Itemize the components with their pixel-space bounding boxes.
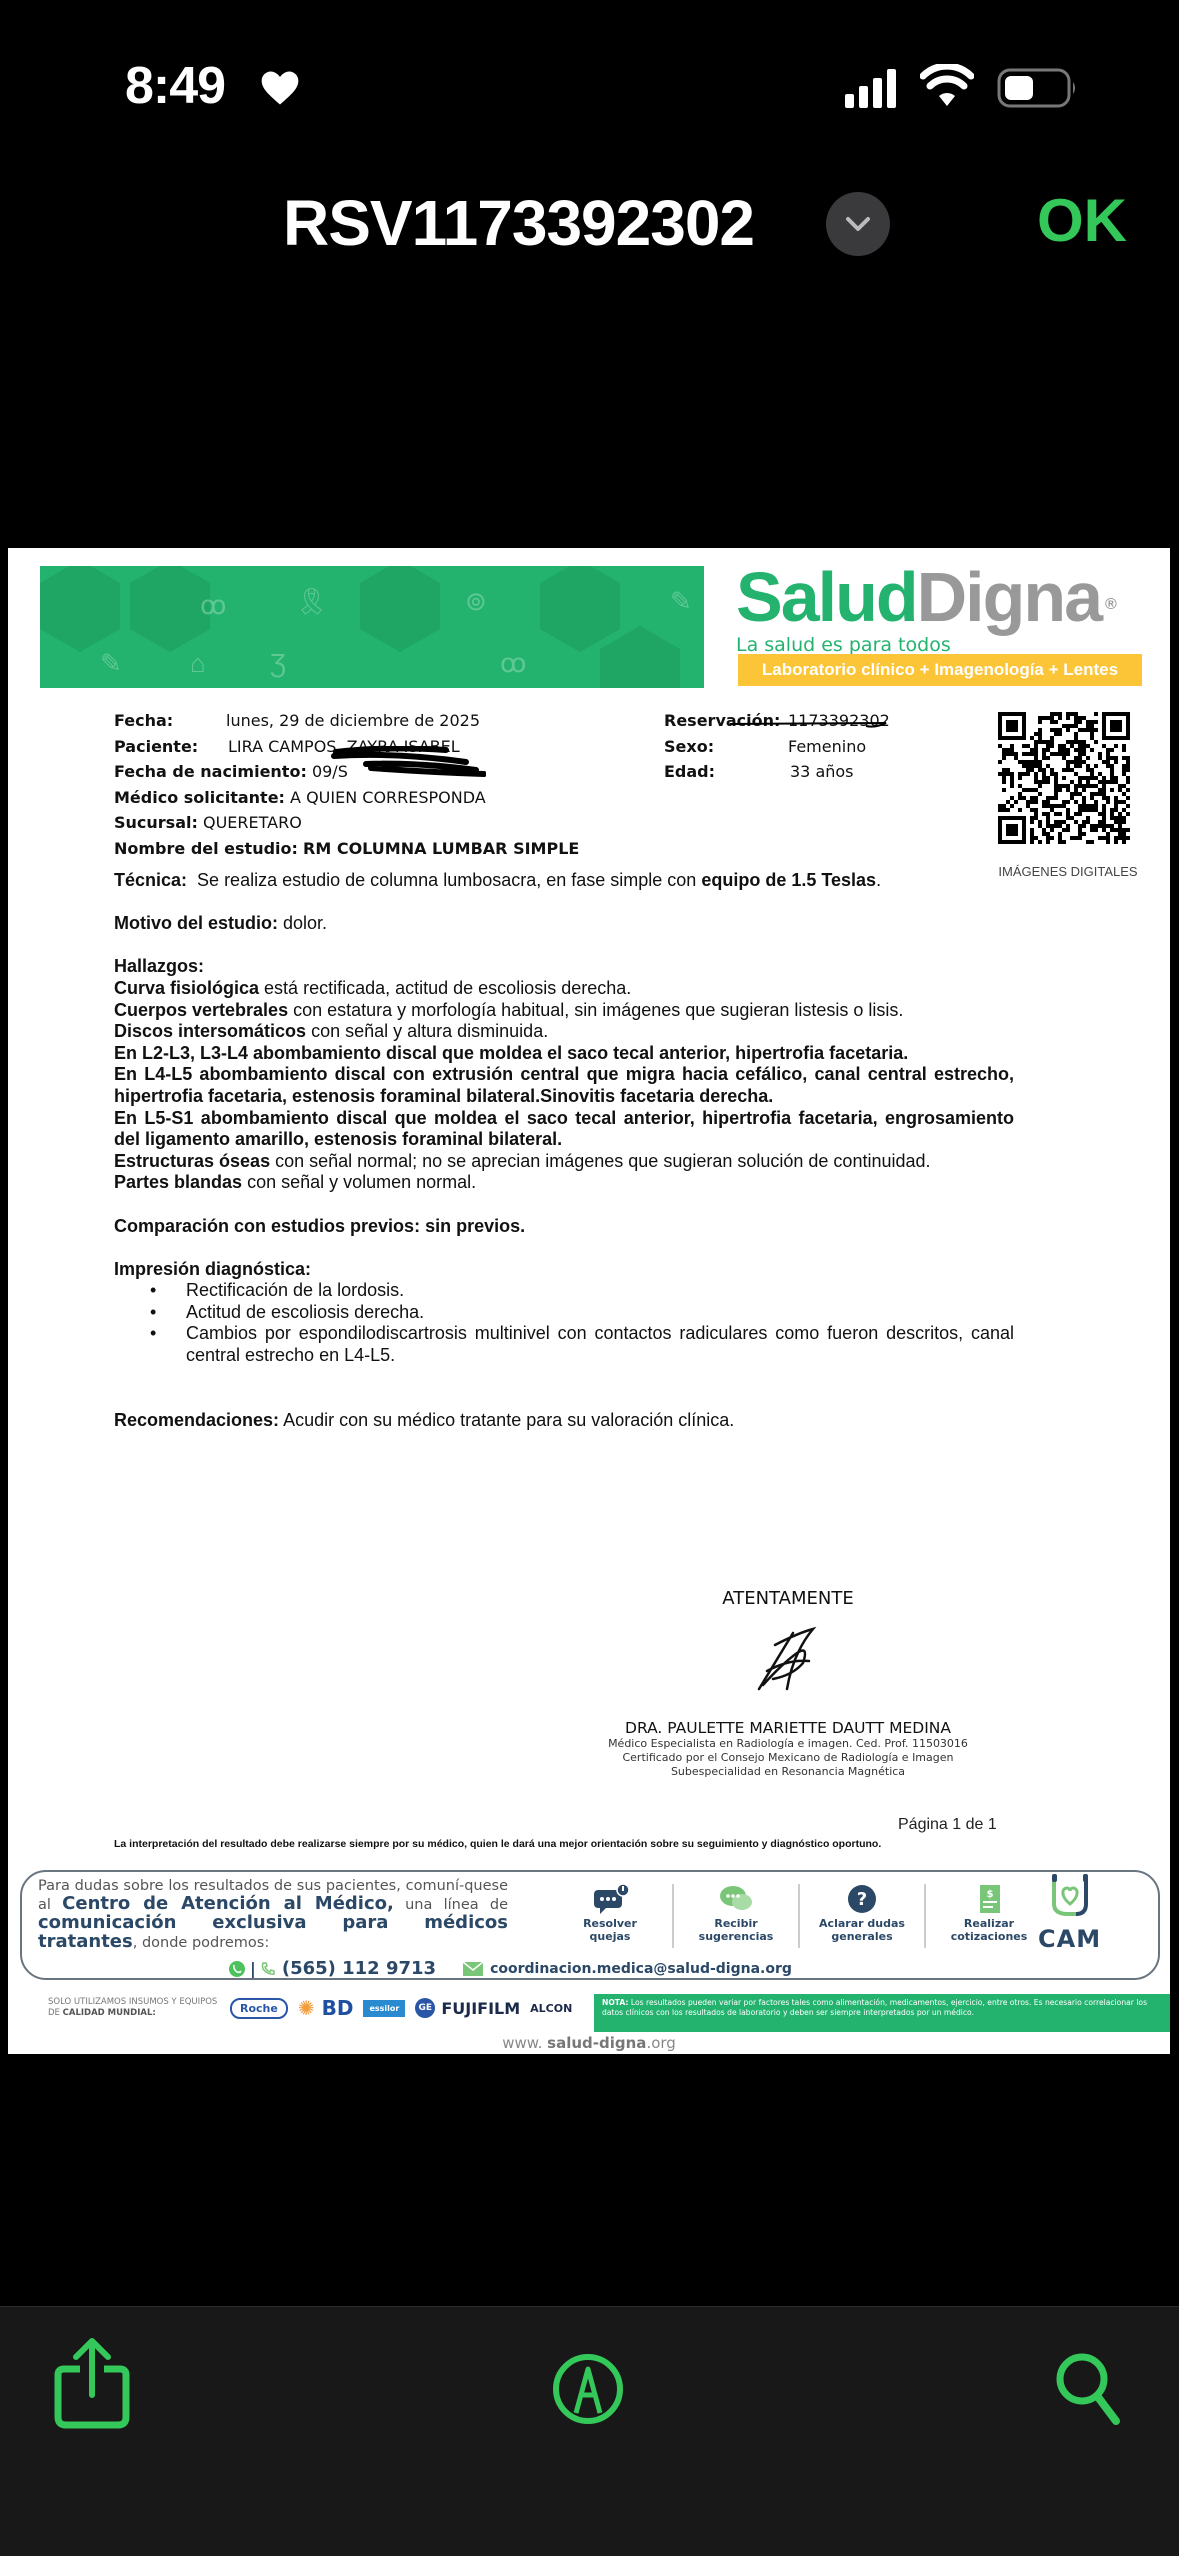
cam-actions: Resolverquejas Recibirsugerencias ? Acla… xyxy=(548,1884,1052,1948)
brand-ge: GE xyxy=(415,1998,435,2018)
stethoscope-heart-icon xyxy=(1040,1874,1100,1920)
chat-bubbles-icon xyxy=(716,1884,756,1914)
title-menu-button[interactable] xyxy=(826,192,890,256)
salud-digna-logo: SaludDigna® La salud es para todos xyxy=(736,562,1115,656)
motivo: Motivo del estudio: dolor. xyxy=(114,913,1014,935)
recomendaciones: Recomendaciones: Acudir con su médico tr… xyxy=(114,1410,1014,1432)
brand-roche: Roche xyxy=(230,1998,288,2019)
quote-document-icon: $ xyxy=(969,1884,1009,1914)
sexo-value: Femenino xyxy=(788,737,866,756)
website[interactable]: www. salud-digna.org xyxy=(8,2034,1170,2052)
share-button[interactable] xyxy=(54,2335,130,2434)
tecnica: Técnica: Se realiza estudio de columna l… xyxy=(114,870,1014,892)
estudio-value: RM COLUMNA LUMBAR SIMPLE xyxy=(303,839,579,858)
doctor-name: DRA. PAULETTE MARIETTE DAUTT MEDINA xyxy=(568,1719,1008,1737)
header-banner: ꝏ 🎗 ⊚ ✎ ✎ ⌂ Ʒ ꝏ xyxy=(40,566,704,688)
bottom-toolbar xyxy=(0,2306,1179,2556)
status-time: 8:49 xyxy=(125,56,225,116)
impresion-heading: Impresión diagnóstica: xyxy=(114,1259,311,1279)
hallazgos-list: Curva fisiológica está rectificada, acti… xyxy=(114,978,1014,1194)
brands-row: SOLO UTILIZAMOS INSUMOS Y EQUIPOS DE CAL… xyxy=(48,1996,572,2020)
signal-icon xyxy=(843,68,903,108)
qr-caption: IMÁGENES DIGITALES xyxy=(993,864,1143,879)
ok-button[interactable]: OK xyxy=(1037,186,1127,255)
hallazgo-item: En L5-S1 abombamiento discal que moldea … xyxy=(114,1108,1014,1151)
impresion-item: Cambios por espondilodiscartrosis multin… xyxy=(150,1323,1014,1366)
phone-number[interactable]: (565) 112 9713 xyxy=(282,1958,436,1979)
impresion-list: Rectificación de la lordosis.Actitud de … xyxy=(114,1280,1014,1366)
chevron-down-icon xyxy=(845,215,871,233)
email-address[interactable]: coordinacion.medica@salud-digna.org xyxy=(490,1961,792,1977)
sucursal-value: QUERETARO xyxy=(203,813,302,832)
brand-bd: ✺ BD xyxy=(298,1996,354,2020)
share-icon xyxy=(54,2335,130,2431)
chat-alert-icon xyxy=(590,1884,630,1914)
markup-icon xyxy=(550,2351,626,2427)
cam-action-cotizaciones: $ Realizarcotizaciones xyxy=(926,1884,1052,1948)
impresion-item: Rectificación de la lordosis. xyxy=(150,1280,1014,1302)
hallazgo-item: Curva fisiológica está rectificada, acti… xyxy=(114,978,1014,1000)
edad-value: 33 años xyxy=(790,762,854,781)
redaction-scribble xyxy=(326,746,486,786)
contact-line: | (565) 112 9713 coordinacion.medica@sal… xyxy=(228,1958,792,1979)
hallazgo-item: Partes blandas con señal y volumen norma… xyxy=(114,1172,1014,1194)
hallazgo-item: En L2-L3, L3-L4 abombamiento discal que … xyxy=(114,1043,1014,1065)
wifi-icon xyxy=(920,64,974,108)
impresion-item: Actitud de escoliosis derecha. xyxy=(150,1302,1014,1324)
question-icon: ? xyxy=(842,1884,882,1914)
nota-box: NOTA: Los resultados pueden variar por f… xyxy=(594,1994,1170,2032)
comparacion: Comparación con estudios previos: sin pr… xyxy=(114,1216,525,1236)
signature-block: ATENTAMENTE DRA. PAULETTE MARIETTE DAUTT… xyxy=(568,1588,1008,1779)
logo-tagline: La salud es para todos xyxy=(736,634,1115,656)
report-body: Técnica: Se realiza estudio de columna l… xyxy=(114,870,1014,1431)
page-number: Página 1 de 1 xyxy=(898,1816,997,1834)
brand-essilor: essilor xyxy=(363,2000,405,2017)
heart-icon xyxy=(258,66,302,110)
whatsapp-icon xyxy=(228,1960,246,1978)
fecha-value: lunes, 29 de diciembre de 2025 xyxy=(226,711,480,730)
cam-logo: CAM xyxy=(1038,1874,1101,1953)
search-button[interactable] xyxy=(1054,2351,1126,2430)
qr-code[interactable] xyxy=(998,711,1130,845)
cam-action-dudas: ? Aclarar dudasgenerales xyxy=(800,1884,926,1948)
disclaimer: La interpretación del resultado debe rea… xyxy=(114,1838,881,1850)
document-title: RSV1173392302 xyxy=(283,186,754,260)
brand-alcon: ALCON xyxy=(530,2002,572,2015)
search-icon xyxy=(1054,2351,1126,2427)
services-strip: Laboratorio clínico + Imagenología + Len… xyxy=(738,654,1142,686)
battery-icon xyxy=(997,68,1079,108)
brand-fujifilm: FUJIFILM xyxy=(441,1999,520,2018)
cam-action-sugerencias: Recibirsugerencias xyxy=(674,1884,800,1948)
cam-action-quejas: Resolverquejas xyxy=(548,1884,674,1948)
phone-icon xyxy=(260,1961,276,1977)
markup-button[interactable] xyxy=(550,2351,626,2430)
mail-icon xyxy=(462,1961,484,1977)
hallazgo-item: Cuerpos vertebrales con estatura y morfo… xyxy=(114,1000,1014,1022)
medico-value: A QUIEN CORRESPONDA xyxy=(290,788,486,807)
hallazgo-item: En L4-L5 abombamiento discal con extrusi… xyxy=(114,1064,1014,1107)
patient-info: Fecha:lunes, 29 de diciembre de 2025 Pac… xyxy=(114,711,579,864)
cam-intro: Para dudas sobre los resultados de sus p… xyxy=(38,1878,508,1952)
redaction-strike xyxy=(726,714,896,734)
hallazgo-item: Estructuras óseas con señal normal; no s… xyxy=(114,1151,1014,1173)
status-bar: 8:49 xyxy=(0,0,1179,175)
hallazgo-item: Discos intersomáticos con señal y altura… xyxy=(114,1021,1014,1043)
svg-text:?: ? xyxy=(857,1889,867,1910)
svg-text:$: $ xyxy=(987,1889,994,1900)
signature-image xyxy=(753,1623,823,1695)
document-page: ꝏ 🎗 ⊚ ✎ ✎ ⌂ Ʒ ꝏ SaludDigna® La salud es … xyxy=(8,548,1170,2054)
hallazgos-heading: Hallazgos: xyxy=(114,956,204,976)
